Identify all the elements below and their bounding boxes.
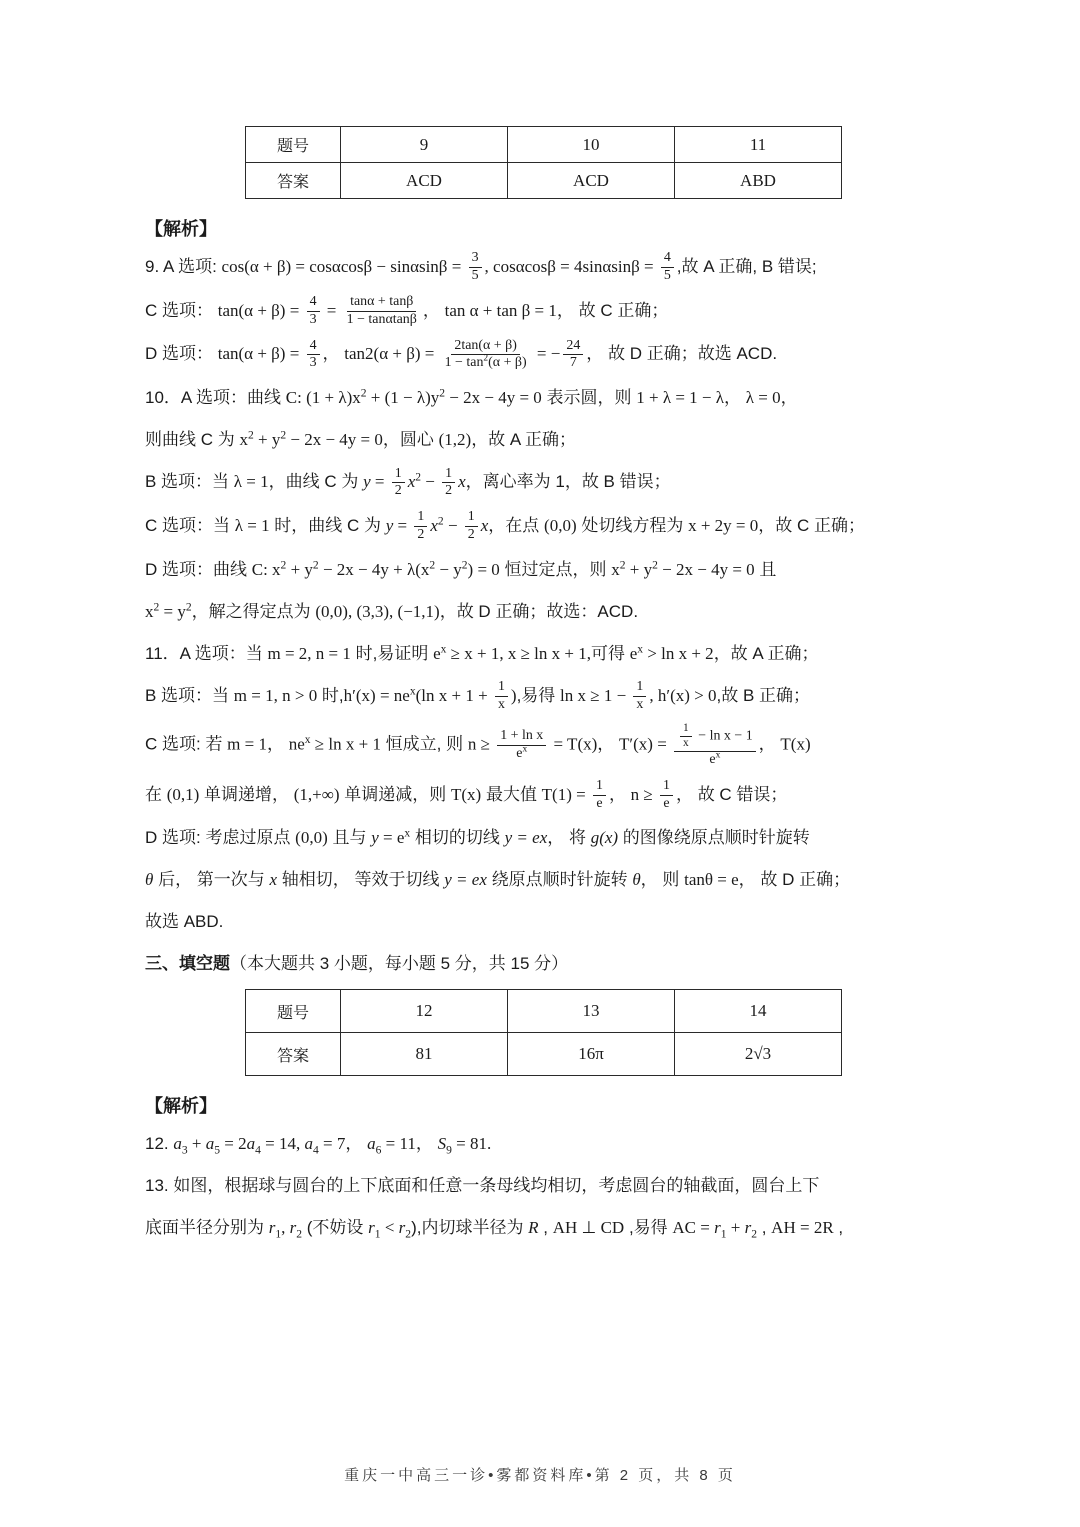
fraction-numerator: 1 — [465, 509, 478, 527]
math-run: 1 — [683, 722, 689, 734]
math-run: T(1) = — [542, 785, 590, 804]
text-run: ，圆心 — [383, 430, 439, 449]
math-run: , cosαcosβ = 4sinαsinβ = — [485, 257, 658, 276]
fraction-numerator: 1 — [633, 679, 646, 697]
fraction-denominator: 2 — [392, 483, 405, 500]
text-run: (不妨设 — [302, 1218, 368, 1237]
fraction-denominator: e — [593, 796, 605, 813]
math-sup: x — [522, 744, 527, 754]
math-run: − 2x − 4y + λ(x — [319, 560, 430, 579]
math-run: 2 — [445, 483, 452, 498]
fraction-denominator: 2 — [414, 527, 427, 544]
text-run: 恒成立, 则 — [381, 735, 468, 754]
solution-paragraph: 故选 ABD. — [145, 905, 940, 938]
math-run: = 2 — [220, 1134, 247, 1153]
math-run: cos(α + β) = cosαcosβ − sinαsinβ = — [222, 257, 466, 276]
content: 题号91011答案ACDACDABD【解析】9. A 选项: cos(α + β… — [0, 0, 1080, 1244]
math-run: (0,0), (3,3), (−1,1) — [315, 602, 439, 621]
math-run: 5 — [472, 268, 479, 283]
text-run: C 选项: 若 — [145, 735, 227, 754]
math-run: ) = 0 — [468, 560, 500, 579]
table-row: 题号121314 — [246, 990, 842, 1033]
solution-paragraph: B 选项：当 λ = 1，曲线 C 为 y = 12x2 − 12x，离心率为 … — [145, 465, 940, 500]
fraction: 43 — [307, 338, 320, 372]
text-run: ，在点 — [488, 516, 544, 535]
fraction-numerator: 1 — [414, 509, 427, 527]
math-run: + y — [254, 430, 281, 449]
math-run: 1 — [417, 509, 424, 524]
math-run: = y — [159, 602, 186, 621]
math-run: R — [528, 1218, 538, 1237]
table-body: 题号121314答案8116π2√3 — [246, 990, 842, 1076]
math-run: T′(x) = — [619, 735, 671, 754]
text-run: , — [757, 1218, 771, 1237]
math-run: ne — [289, 735, 305, 754]
math-run: a — [367, 1134, 376, 1153]
fraction: 1e — [593, 778, 606, 812]
math-run: AC = — [672, 1218, 714, 1237]
text-run: ， — [781, 388, 798, 407]
text-run: C 选项：当 — [145, 516, 235, 535]
text-run: , — [834, 1218, 843, 1237]
text-run: , — [539, 1218, 553, 1237]
row-header-cell: 答案 — [246, 163, 341, 199]
text-run: 11．A 选项：当 — [145, 644, 268, 663]
math-run: , h′(x) > 0 — [649, 686, 716, 705]
text-run: 时, — [317, 686, 343, 705]
math-run: 1 — [498, 679, 505, 694]
math-run: (0,0) — [544, 516, 577, 535]
math-run: r — [368, 1218, 375, 1237]
math-run: tanα + tanβ — [350, 294, 413, 309]
table-row: 答案ACDACDABD — [246, 163, 842, 199]
math-run: m = 2, n = 1 — [268, 644, 351, 663]
math-run: ≥ x + 1, x ≥ ln x + 1, — [446, 644, 591, 663]
fraction-denominator: 2 — [442, 483, 455, 500]
fraction: 12 — [465, 509, 478, 543]
text-run: ,易得 — [517, 686, 560, 705]
answer-cell: 2√3 — [675, 1033, 842, 1076]
text-run: 底面半径分别为 — [145, 1218, 269, 1237]
text-run: ，曲线 C 为 — [269, 472, 363, 491]
analysis-heading: 【解析】 — [145, 1092, 940, 1118]
fraction-numerator: 1 — [660, 778, 673, 796]
text-run: D 选项： — [145, 344, 218, 363]
text-run: 10．A 选项：曲线 — [145, 388, 286, 407]
text-run: ，解之得定点为 — [192, 602, 316, 621]
fraction-numerator: 2tan(α + β) — [451, 338, 520, 356]
math-run: tan(α + β) = — [218, 301, 304, 320]
solution-paragraph: 在 (0,1) 单调递增， (1,+∞) 单调递减，则 T(x) 最大值 T(1… — [145, 778, 940, 813]
math-run: x — [458, 472, 466, 491]
math-run: S — [438, 1134, 447, 1153]
section-subtitle: （本大题共 3 小题，每小题 5 分，共 15 分） — [230, 954, 568, 973]
fraction-denominator: ex — [513, 746, 530, 763]
fraction: tanα + tanβ1 − tanαtanβ — [344, 294, 420, 328]
text-run: ),内切球半径为 — [411, 1218, 528, 1237]
text-run: 单调递减，则 — [340, 785, 451, 804]
math-run: 1 — [663, 778, 670, 793]
math-run: x — [611, 560, 620, 579]
math-run: 2 — [468, 527, 475, 542]
text-run: D 选项：曲线 — [145, 560, 252, 579]
text-run: 绕原点顺时针旋转 — [487, 870, 632, 889]
math-run: x — [498, 697, 505, 712]
text-run: 的图像绕原点顺时针旋转 — [618, 828, 810, 847]
math-run: (α + β) — [488, 355, 527, 370]
math-run: − 2x − 4y = 0 — [445, 388, 542, 407]
math-run: a — [247, 1134, 256, 1153]
fraction-numerator: 4 — [661, 250, 674, 268]
answer-cell: 13 — [508, 990, 675, 1033]
math-run: a — [173, 1134, 182, 1153]
math-run: (ln x + 1 + — [416, 686, 492, 705]
math-run: 2tan(α + β) — [454, 338, 517, 353]
fraction-denominator: 1 − tanαtanβ — [344, 312, 420, 329]
table-row: 题号91011 — [246, 127, 842, 163]
fraction: 12 — [392, 466, 405, 500]
text-run: 12. — [145, 1134, 173, 1153]
fraction-denominator: 1 − tan2(α + β) — [442, 355, 530, 372]
math-run: 4 — [664, 250, 671, 265]
math-run: r — [714, 1218, 721, 1237]
math-run: + (1 − λ)y — [367, 388, 440, 407]
fraction: 12 — [442, 466, 455, 500]
math-run: 3 — [310, 312, 317, 327]
math-run: = 11 — [381, 1134, 415, 1153]
fraction: 1x — [680, 722, 692, 750]
math-run: > ln x + 2 — [643, 644, 714, 663]
text-run: ， 故 C 正确； — [557, 301, 668, 320]
math-run: 24 — [566, 338, 580, 353]
math-run: (1,+∞) — [294, 785, 340, 804]
math-run: tan(α + β) = — [218, 344, 304, 363]
fraction-denominator: 5 — [469, 268, 482, 285]
text-run: 13. 如图，根据球与圆台的上下底面和任意一条母线均相切，考虑圆台的轴截面，圆台… — [145, 1176, 819, 1195]
text-run: ，故 A 正确； — [471, 430, 576, 449]
text-run: 时，曲线 C 为 — [270, 516, 386, 535]
text-run: 单调递增， — [199, 785, 293, 804]
math-run: 4 — [310, 338, 317, 353]
text-run: 在 — [145, 785, 167, 804]
math-run: 1 − tan — [445, 355, 484, 370]
math-run: 1 + λ = 1 − λ — [636, 388, 724, 407]
fraction: 43 — [307, 294, 320, 328]
solution-paragraph: x2 = y2，解之得定点为 (0,0), (3,3), (−1,1)，故 D … — [145, 595, 940, 628]
math-run: 3 — [472, 250, 479, 265]
math-run: tan2(α + β) = — [344, 344, 438, 363]
section-title: 三、填空题 — [145, 954, 230, 973]
math-run: C: (1 + λ)x — [286, 388, 361, 407]
text-run: C 选项： — [145, 301, 218, 320]
answer-cell: ACD — [508, 163, 675, 199]
fraction-numerator: 1 + ln x — [497, 728, 546, 746]
text-run: ， — [416, 1134, 438, 1153]
text-run: ， — [597, 735, 619, 754]
math-run: g(x) — [591, 828, 618, 847]
text-run: ，离心率为 1，故 B 错误； — [466, 472, 671, 491]
fraction-numerator: 4 — [307, 338, 320, 356]
answer-cell: ABD — [675, 163, 842, 199]
fraction-denominator: x — [633, 697, 646, 714]
math-run: + y — [626, 560, 653, 579]
fraction-denominator: x — [680, 737, 692, 751]
solution-paragraph: B 选项：当 m = 1, n > 0 时,h′(x) = nex(ln x +… — [145, 679, 940, 714]
text-run: ， 将 — [547, 828, 590, 847]
text-run: 后， 第一次与 — [153, 870, 269, 889]
page-footer: 重庆一中高三一诊•雾都资料库•第 2 页，共 8 页 — [0, 1464, 1080, 1485]
text-run: ,易得 — [624, 1218, 672, 1237]
math-run: 1 — [468, 509, 475, 524]
math-run: 1 + ln x — [500, 728, 543, 743]
math-run: x + 2y = 0 — [688, 516, 758, 535]
solution-paragraph: 12. a3 + a5 = 2a4 = 14, a4 = 7， a6 = 11，… — [145, 1127, 940, 1160]
text-run: ， 故 D 正确；故选 ACD. — [586, 344, 777, 363]
fraction-denominator: ex — [706, 752, 723, 769]
math-run: a — [206, 1134, 215, 1153]
fraction-denominator: 5 — [661, 268, 674, 285]
text-run: ，故 D 正确；故选：ACD. — [440, 602, 638, 621]
text-run: ， — [609, 785, 631, 804]
solution-paragraph: 11．A 选项：当 m = 2, n = 1 时,易证明 ex ≥ x + 1,… — [145, 637, 940, 670]
answer-cell: ACD — [341, 163, 508, 199]
fraction-numerator: 1 — [495, 679, 508, 697]
row-header-cell: 题号 — [246, 990, 341, 1033]
fraction-denominator: 3 — [307, 312, 320, 329]
math-run: (0,1) — [167, 785, 200, 804]
math-run: m = 1, n > 0 — [234, 686, 317, 705]
solution-paragraph: D 选项: 考虑过原点 (0,0) 且与 y = ex 相切的切线 y = ex… — [145, 821, 940, 854]
table-body: 题号91011答案ACDACDABD — [246, 127, 842, 199]
text-run: B 选项：当 — [145, 472, 234, 491]
solution-paragraph: θ 后， 第一次与 x 轴相切， 等效于切线 y = ex 绕原点顺时针旋转 θ… — [145, 863, 940, 896]
text-run: 最大值 — [481, 785, 541, 804]
math-run: x — [239, 430, 248, 449]
math-run: AH ⊥ CD — [553, 1218, 624, 1237]
text-run: 处切线方程为 — [577, 516, 688, 535]
fraction: 2tan(α + β)1 − tan2(α + β) — [442, 338, 530, 372]
fraction-numerator: 1 — [593, 778, 606, 796]
fraction: 1x — [495, 679, 508, 713]
math-run: λ = 1 — [234, 472, 269, 491]
solution-paragraph: C 选项：当 λ = 1 时，曲线 C 为 y = 12x2 − 12x，在点 … — [145, 509, 940, 544]
answer-cell: 9 — [341, 127, 508, 163]
fraction-numerator: 1 — [392, 466, 405, 484]
text-run: ， — [724, 388, 746, 407]
text-run: ， 故 D 正确； — [739, 870, 850, 889]
math-run: y — [363, 472, 371, 491]
answer-table-12-14: 题号121314答案8116π2√3 — [245, 989, 842, 1076]
fraction-denominator: 3 — [307, 355, 320, 372]
math-run: 5 — [664, 268, 671, 283]
fraction-numerator: 24 — [563, 338, 583, 356]
text-run: 恒过定点，则 — [500, 560, 611, 579]
math-run: + — [188, 1134, 206, 1153]
math-run: − ln x − 1 — [695, 729, 753, 744]
math-run: 4 — [310, 294, 317, 309]
fraction: 45 — [661, 250, 674, 284]
math-run: x — [683, 737, 689, 749]
fraction-numerator: 4 — [307, 294, 320, 312]
math-run: , — [281, 1218, 290, 1237]
fraction: 1 + ln xex — [497, 728, 546, 762]
analysis-heading: 【解析】 — [145, 215, 940, 241]
fraction-numerator: 1x − ln x − 1 — [674, 722, 756, 751]
math-run: m = 1 — [227, 735, 267, 754]
math-run: 7 — [570, 355, 577, 370]
text-run: 且 — [755, 560, 777, 579]
math-run: 1 — [445, 466, 452, 481]
math-run: + y — [286, 560, 313, 579]
math-run: h′(x) = ne — [344, 686, 410, 705]
fraction-denominator: e — [660, 796, 672, 813]
text-run: 时,易证明 — [351, 644, 433, 663]
math-run: n ≥ — [631, 785, 657, 804]
solution-paragraph: D 选项： tan(α + β) = 43， tan2(α + β) = 2ta… — [145, 337, 940, 372]
text-run: 可得 — [591, 644, 630, 663]
fraction: 1x − ln x − 1ex — [674, 722, 756, 768]
math-run: y = ex — [505, 828, 548, 847]
math-run: 1 — [395, 466, 402, 481]
math-run: λ = 1 — [235, 516, 270, 535]
section-heading: 三、填空题（本大题共 3 小题，每小题 5 分，共 15 分） — [145, 947, 940, 980]
math-run: tan α + tan β = 1 — [445, 301, 557, 320]
math-run: AH = 2R — [771, 1218, 833, 1237]
fraction: 1e — [660, 778, 673, 812]
text-run: 故选 ABD. — [145, 912, 223, 931]
math-run: 3 — [310, 355, 317, 370]
math-run: 2 — [417, 527, 424, 542]
math-run: e — [433, 644, 441, 663]
solution-paragraph: 底面半径分别为 r1, r2 (不妨设 r1 < r2),内切球半径为 R , … — [145, 1211, 940, 1244]
math-run: x — [270, 870, 278, 889]
text-run: ， — [267, 735, 289, 754]
math-run: = − — [533, 344, 561, 363]
solution-paragraph: D 选项：曲线 C: x2 + y2 − 2x − 4y + λ(x2 − y2… — [145, 553, 940, 586]
math-run: x — [636, 697, 643, 712]
text-run: ,故 A 正确, B 错误; — [677, 257, 817, 276]
math-run: = — [371, 472, 389, 491]
text-run: 轴相切， 等效于切线 — [277, 870, 444, 889]
solution-paragraph: C 选项: 若 m = 1， nex ≥ ln x + 1 恒成立, 则 n ≥… — [145, 722, 940, 768]
text-run: 9. A 选项: — [145, 257, 222, 276]
math-run: T(x) — [451, 785, 481, 804]
text-run: ， — [323, 344, 345, 363]
fraction-numerator: tanα + tanβ — [347, 294, 416, 312]
math-run: − y — [435, 560, 462, 579]
math-run: = — [393, 516, 411, 535]
math-run: C: x — [252, 560, 281, 579]
answer-cell: 10 — [508, 127, 675, 163]
math-run: = 14, — [261, 1134, 305, 1153]
table-row: 答案8116π2√3 — [246, 1033, 842, 1076]
solution-paragraph: 10．A 选项：曲线 C: (1 + λ)x2 + (1 − λ)y2 − 2x… — [145, 381, 940, 414]
math-run: x — [430, 516, 438, 535]
solution-paragraph: 则曲线 C 为 x2 + y2 − 2x − 4y = 0，圆心 (1,2)，故… — [145, 423, 940, 456]
math-run: (1,2) — [439, 430, 472, 449]
fraction: 247 — [563, 338, 583, 372]
math-run: a — [304, 1134, 313, 1153]
text-run: 表示圆，则 — [542, 388, 636, 407]
text-run: B 选项：当 — [145, 686, 234, 705]
fraction-numerator: 3 — [469, 250, 482, 268]
math-run: + — [727, 1218, 745, 1237]
answer-cell: 16π — [508, 1033, 675, 1076]
text-run: ， 则 — [641, 870, 684, 889]
math-run: 1 — [636, 679, 643, 694]
text-run: 且与 — [328, 828, 371, 847]
text-run: ， — [423, 301, 445, 320]
answer-table-9-11: 题号91011答案ACDACDABD — [245, 126, 842, 199]
text-run: D 选项: 考虑过原点 — [145, 828, 295, 847]
text-run: ，故 C 正确； — [758, 516, 865, 535]
math-run: − — [421, 472, 439, 491]
math-run: ln x ≥ 1 − — [560, 686, 630, 705]
row-header-cell: 答案 — [246, 1033, 341, 1076]
text-run: 则曲线 C 为 — [145, 430, 239, 449]
math-run: e — [596, 796, 602, 811]
math-run: 1 — [596, 778, 603, 793]
math-run: T(x) — [780, 735, 810, 754]
text-run: ， — [345, 1134, 367, 1153]
math-run: = T(x) — [549, 735, 597, 754]
solution-paragraph: C 选项： tan(α + β) = 43 = tanα + tanβ1 − t… — [145, 294, 940, 329]
fraction-denominator: 2 — [465, 527, 478, 544]
math-sup: x — [716, 750, 721, 760]
fraction-numerator: 1 — [442, 466, 455, 484]
math-run: = e — [379, 828, 405, 847]
math-run: = — [323, 301, 341, 320]
answer-cell: 14 — [675, 990, 842, 1033]
math-run: 1 − tanαtanβ — [347, 312, 417, 327]
math-run: n ≥ — [468, 735, 494, 754]
text-run: ,故 B 正确； — [717, 686, 811, 705]
text-run: ， — [759, 735, 781, 754]
solution-paragraph: 9. A 选项: cos(α + β) = cosαcosβ − sinαsin… — [145, 250, 940, 285]
math-run: y — [371, 828, 379, 847]
math-run: < — [381, 1218, 399, 1237]
math-run: = 81. — [452, 1134, 491, 1153]
math-run: x — [145, 602, 154, 621]
fraction-denominator: 7 — [567, 355, 580, 372]
math-run: θ — [632, 870, 640, 889]
text-run: ， 故 C 错误； — [676, 785, 787, 804]
text-run: 相切的切线 — [410, 828, 504, 847]
math-run: = 7 — [319, 1134, 346, 1153]
math-run: (0,0) — [295, 828, 328, 847]
math-run: ≥ ln x + 1 — [311, 735, 381, 754]
math-run: y = ex — [444, 870, 487, 889]
solution-paragraph: 13. 如图，根据球与圆台的上下底面和任意一条母线均相切，考虑圆台的轴截面，圆台… — [145, 1169, 940, 1202]
fraction-denominator: x — [495, 697, 508, 714]
math-run: 2 — [395, 483, 402, 498]
math-run: tanθ = e — [684, 870, 739, 889]
fraction: 12 — [414, 509, 427, 543]
math-run: λ = 0 — [746, 388, 781, 407]
math-run: − 2x − 4y = 0 — [658, 560, 755, 579]
answer-cell: 11 — [675, 127, 842, 163]
fraction: 35 — [469, 250, 482, 284]
text-run: ，故 A 正确； — [714, 644, 819, 663]
answer-cell: 12 — [341, 990, 508, 1033]
fraction: 1x — [633, 679, 646, 713]
fraction-numerator: 1 — [680, 722, 692, 737]
math-run: e — [663, 796, 669, 811]
row-header-cell: 题号 — [246, 127, 341, 163]
answer-cell: 81 — [341, 1033, 508, 1076]
math-run: − — [444, 516, 462, 535]
math-run: − 2x − 4y = 0 — [286, 430, 383, 449]
